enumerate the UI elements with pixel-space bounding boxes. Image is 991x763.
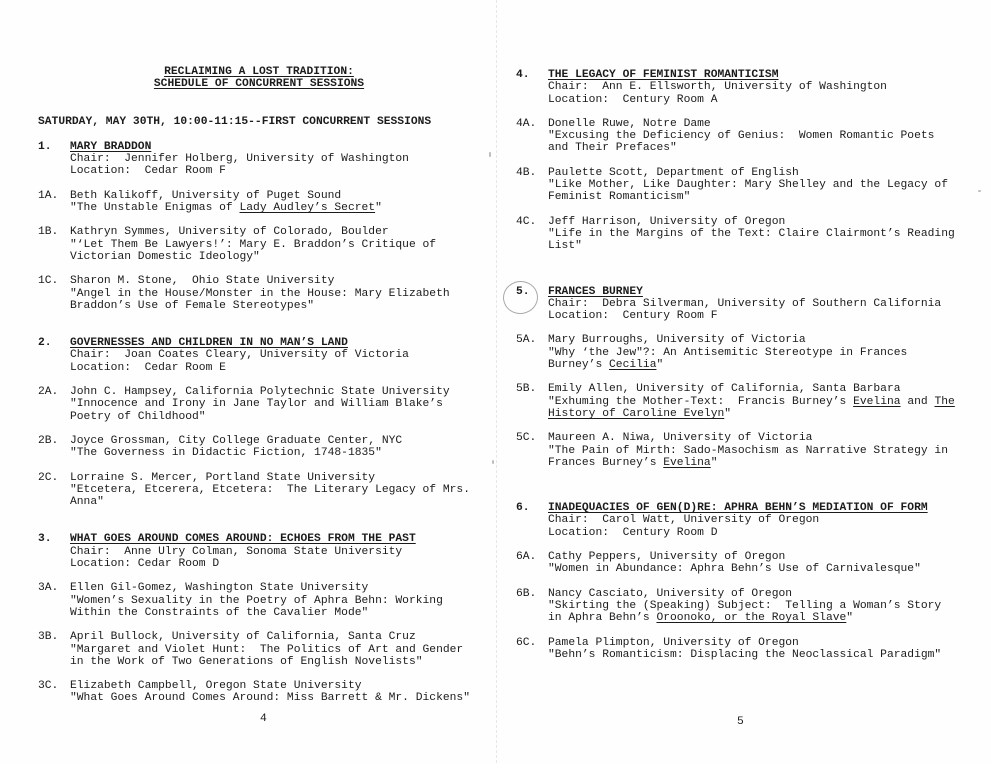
- paper-number: 1C.: [38, 275, 70, 287]
- paper-title: "Why ‘the Jew"?: An Antisemitic Stereoty…: [548, 347, 966, 372]
- paper-speaker: Beth Kalikoff, University of Puget Sound: [70, 190, 480, 202]
- paper-number: 6A.: [516, 551, 548, 563]
- paper-number: 3A.: [38, 582, 70, 594]
- session-6: 6. INADEQUACIES OF GEN(D)RE: APHRA BEHN’…: [516, 502, 966, 661]
- paper-3A: 3A. Ellen Gil-Gomez, Washington State Un…: [38, 582, 480, 619]
- paper-speaker: Ellen Gil-Gomez, Washington State Univer…: [70, 582, 480, 594]
- paper-title: "Like Mother, Like Daughter: Mary Shelle…: [548, 179, 966, 204]
- session-title: INADEQUACIES OF GEN(D)RE: APHRA BEHN’S M…: [548, 502, 966, 514]
- paper-4A: 4A. Donelle Ruwe, Notre Dame "Excusing t…: [516, 118, 966, 155]
- paper-speaker: John C. Hampsey, California Polytechnic …: [70, 386, 480, 398]
- session-6-head: 6. INADEQUACIES OF GEN(D)RE: APHRA BEHN’…: [516, 502, 966, 539]
- paper-2B: 2B. Joyce Grossman, City College Graduat…: [38, 435, 480, 460]
- paper-title: "‘Let Them Be Lawyers!’: Mary E. Braddon…: [70, 239, 480, 264]
- paper-6A: 6A. Cathy Peppers, University of Oregon …: [516, 551, 966, 576]
- paper-number: 4B.: [516, 167, 548, 179]
- paper-speaker: Jeff Harrison, University of Oregon: [548, 216, 966, 228]
- session-title: WHAT GOES AROUND COMES AROUND: ECHOES FR…: [70, 533, 480, 545]
- session-5-head: 5. FRANCES BURNEY Chair: Debra Silverman…: [516, 286, 966, 323]
- paper-title: "Margaret and Violet Hunt: The Politics …: [70, 644, 480, 669]
- session-chair: Chair: Jennifer Holberg, University of W…: [70, 153, 480, 165]
- paper-4B: 4B. Paulette Scott, Department of Englis…: [516, 167, 966, 204]
- session-1-head: 1. MARY BRADDON Chair: Jennifer Holberg,…: [38, 141, 480, 178]
- paper-number: 1B.: [38, 226, 70, 238]
- paper-title: "Women’s Sexuality in the Poetry of Aphr…: [70, 595, 480, 620]
- paper-3B: 3B. April Bullock, University of Califor…: [38, 631, 480, 668]
- session-number: 6.: [516, 502, 548, 514]
- session-3-head: 3. WHAT GOES AROUND COMES AROUND: ECHOES…: [38, 533, 480, 570]
- paper-5B: 5B. Emily Allen, University of Californi…: [516, 383, 966, 420]
- paper-number: 6C.: [516, 637, 548, 649]
- session-location: Location: Century Room F: [548, 310, 966, 322]
- page-left: RECLAIMING A LOST TRADITION: SCHEDULE OF…: [38, 66, 480, 705]
- session-4: 4. THE LEGACY OF FEMINIST ROMANTICISM Ch…: [516, 69, 966, 253]
- session-location: Location: Cedar Room F: [70, 165, 480, 177]
- paper-title: "Life in the Margins of the Text: Claire…: [548, 228, 966, 253]
- paper-title: "Angel in the House/Monster in the House…: [70, 288, 480, 313]
- paper-speaker: Elizabeth Campbell, Oregon State Univers…: [70, 680, 480, 692]
- session-2-head: 2. GOVERNESSES AND CHILDREN IN NO MAN’S …: [38, 337, 480, 374]
- page-number-right: 5: [737, 716, 744, 728]
- paper-speaker: Lorraine S. Mercer, Portland State Unive…: [70, 472, 480, 484]
- paper-title: "Exhuming the Mother-Text: Francis Burne…: [548, 396, 966, 421]
- paper-number: 3C.: [38, 680, 70, 692]
- paper-1B: 1B. Kathryn Symmes, University of Colora…: [38, 226, 480, 263]
- document-title: RECLAIMING A LOST TRADITION: SCHEDULE OF…: [38, 66, 480, 91]
- session-3: 3. WHAT GOES AROUND COMES AROUND: ECHOES…: [38, 533, 480, 704]
- paper-2A: 2A. John C. Hampsey, California Polytech…: [38, 386, 480, 423]
- paper-5A: 5A. Mary Burroughs, University of Victor…: [516, 334, 966, 371]
- paper-number: 4C.: [516, 216, 548, 228]
- paper-6C: 6C. Pamela Plimpton, University of Orego…: [516, 637, 966, 662]
- paper-speaker: Sharon M. Stone, Ohio State University: [70, 275, 480, 287]
- session-number: 3.: [38, 533, 70, 545]
- document-title-line1: RECLAIMING A LOST TRADITION:: [38, 66, 480, 78]
- session-location: Location: Cedar Room E: [70, 362, 480, 374]
- session-location: Location: Century Room D: [548, 527, 966, 539]
- session-chair: Chair: Anne Ulry Colman, Sonoma State Un…: [70, 546, 480, 558]
- document-title-line2: SCHEDULE OF CONCURRENT SESSIONS: [38, 78, 480, 90]
- paper-speaker: Joyce Grossman, City College Graduate Ce…: [70, 435, 480, 447]
- session-number: 5.: [516, 286, 548, 298]
- page-right: 4. THE LEGACY OF FEMINIST ROMANTICISM Ch…: [516, 69, 966, 661]
- paper-speaker: Maureen A. Niwa, University of Victoria: [548, 432, 966, 444]
- paper-speaker: Mary Burroughs, University of Victoria: [548, 334, 966, 346]
- session-title: FRANCES BURNEY: [548, 286, 966, 298]
- scan-speck: [978, 190, 981, 192]
- paper-4C: 4C. Jeff Harrison, University of Oregon …: [516, 216, 966, 253]
- paper-number: 6B.: [516, 588, 548, 600]
- session-title: GOVERNESSES AND CHILDREN IN NO MAN’S LAN…: [70, 337, 480, 349]
- scan-speck: [489, 152, 491, 157]
- paper-number: 5B.: [516, 383, 548, 395]
- session-chair: Chair: Debra Silverman, University of So…: [548, 298, 966, 310]
- paper-number: 5A.: [516, 334, 548, 346]
- paper-speaker: Nancy Casciato, University of Oregon: [548, 588, 966, 600]
- session-4-head: 4. THE LEGACY OF FEMINIST ROMANTICISM Ch…: [516, 69, 966, 106]
- date-header: SATURDAY, MAY 30TH, 10:00-11:15--FIRST C…: [38, 116, 480, 128]
- paper-6B: 6B. Nancy Casciato, University of Oregon…: [516, 588, 966, 625]
- paper-number: 1A.: [38, 190, 70, 202]
- paper-speaker: Paulette Scott, Department of English: [548, 167, 966, 179]
- session-2: 2. GOVERNESSES AND CHILDREN IN NO MAN’S …: [38, 337, 480, 508]
- page-fold-line: [496, 0, 497, 763]
- paper-title: "Excusing the Deficiency of Genius: Wome…: [548, 130, 966, 155]
- paper-title: "Skirting the (Speaking) Subject: Tellin…: [548, 600, 966, 625]
- paper-title: "The Unstable Enigmas of Lady Audley’s S…: [70, 202, 480, 214]
- session-chair: Chair: Joan Coates Cleary, University of…: [70, 349, 480, 361]
- paper-title: "Women in Abundance: Aphra Behn’s Use of…: [548, 563, 966, 575]
- paper-3C: 3C. Elizabeth Campbell, Oregon State Uni…: [38, 680, 480, 705]
- paper-1C: 1C. Sharon M. Stone, Ohio State Universi…: [38, 275, 480, 312]
- page-number-left: 4: [260, 713, 267, 725]
- paper-speaker: Kathryn Symmes, University of Colorado, …: [70, 226, 480, 238]
- session-title: MARY BRADDON: [70, 141, 480, 153]
- paper-title: "Etcetera, Etcerera, Etcetera: The Liter…: [70, 484, 480, 509]
- paper-title: "Behn’s Romanticism: Displacing the Neoc…: [548, 649, 966, 661]
- paper-speaker: Pamela Plimpton, University of Oregon: [548, 637, 966, 649]
- paper-title: "Innocence and Irony in Jane Taylor and …: [70, 398, 480, 423]
- session-1: 1. MARY BRADDON Chair: Jennifer Holberg,…: [38, 141, 480, 312]
- session-title: THE LEGACY OF FEMINIST ROMANTICISM: [548, 69, 966, 81]
- paper-speaker: Cathy Peppers, University of Oregon: [548, 551, 966, 563]
- paper-5C: 5C. Maureen A. Niwa, University of Victo…: [516, 432, 966, 469]
- session-chair: Chair: Carol Watt, University of Oregon: [548, 514, 966, 526]
- session-number: 1.: [38, 141, 70, 153]
- paper-speaker: April Bullock, University of California,…: [70, 631, 480, 643]
- paper-number: 5C.: [516, 432, 548, 444]
- paper-speaker: Donelle Ruwe, Notre Dame: [548, 118, 966, 130]
- session-location: Location: Century Room A: [548, 94, 966, 106]
- paper-speaker: Emily Allen, University of California, S…: [548, 383, 966, 395]
- session-location: Location: Cedar Room D: [70, 558, 480, 570]
- paper-title: "What Goes Around Comes Around: Miss Bar…: [70, 692, 480, 704]
- scan-speck: [492, 460, 494, 464]
- paper-title: "The Governess in Didactic Fiction, 1748…: [70, 447, 480, 459]
- paper-number: 2C.: [38, 472, 70, 484]
- session-5: 5. FRANCES BURNEY Chair: Debra Silverman…: [516, 286, 966, 470]
- paper-1A: 1A. Beth Kalikoff, University of Puget S…: [38, 190, 480, 215]
- paper-number: 2B.: [38, 435, 70, 447]
- paper-number: 3B.: [38, 631, 70, 643]
- paper-title: "The Pain of Mirth: Sado-Masochism as Na…: [548, 445, 966, 470]
- paper-number: 4A.: [516, 118, 548, 130]
- session-number: 4.: [516, 69, 548, 81]
- session-chair: Chair: Ann E. Ellsworth, University of W…: [548, 81, 966, 93]
- paper-number: 2A.: [38, 386, 70, 398]
- paper-2C: 2C. Lorraine S. Mercer, Portland State U…: [38, 472, 480, 509]
- session-number: 2.: [38, 337, 70, 349]
